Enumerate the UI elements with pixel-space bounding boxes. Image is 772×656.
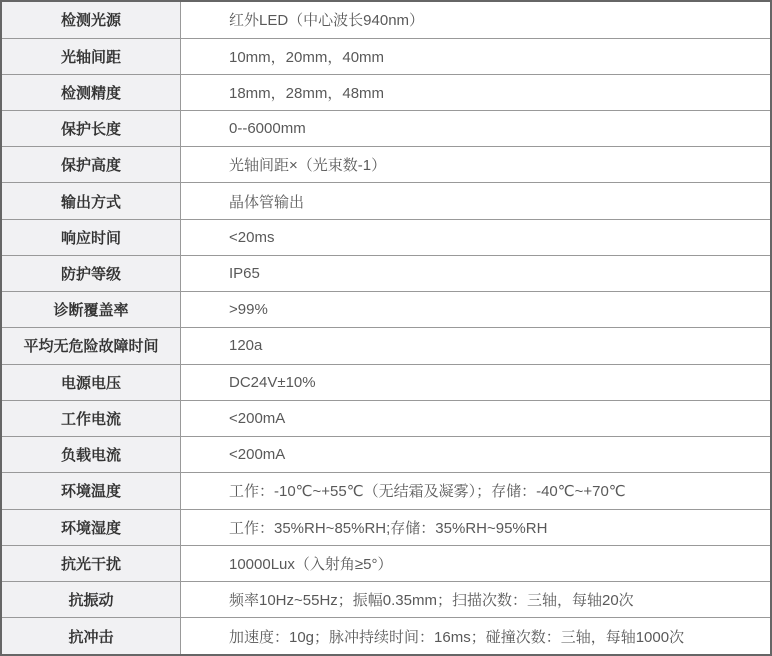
spec-label: 抗振动	[1, 582, 181, 618]
spec-label: 工作电流	[1, 400, 181, 436]
table-row: 环境湿度 工作：35%RH~85%RH;存储：35%RH~95%RH	[1, 509, 771, 545]
spec-label: 光轴间距	[1, 38, 181, 74]
spec-value: 10000Lux（入射角≥5°）	[181, 545, 772, 581]
table-row: 保护高度 光轴间距×（光束数-1）	[1, 147, 771, 183]
table-row: 抗振动 频率10Hz~55Hz；振幅0.35mm；扫描次数：三轴，每轴20次	[1, 582, 771, 618]
spec-label: 平均无危险故障时间	[1, 328, 181, 364]
table-row: 平均无危险故障时间 120a	[1, 328, 771, 364]
table-row: 光轴间距 10mm，20mm，40mm	[1, 38, 771, 74]
spec-value: <20ms	[181, 219, 772, 255]
spec-value: 120a	[181, 328, 772, 364]
spec-value: 10mm，20mm，40mm	[181, 38, 772, 74]
spec-value: 加速度：10g；脉冲持续时间：16ms；碰撞次数：三轴，每轴1000次	[181, 618, 772, 655]
spec-value: 红外LED（中心波长940nm）	[181, 1, 772, 38]
spec-label: 电源电压	[1, 364, 181, 400]
spec-label: 抗光干扰	[1, 545, 181, 581]
spec-label: 防护等级	[1, 255, 181, 291]
spec-label: 环境温度	[1, 473, 181, 509]
table-row: 抗光干扰 10000Lux（入射角≥5°）	[1, 545, 771, 581]
spec-label: 保护长度	[1, 110, 181, 146]
spec-label: 检测光源	[1, 1, 181, 38]
table-row: 工作电流 <200mA	[1, 400, 771, 436]
table-row: 检测精度 18mm，28mm，48mm	[1, 74, 771, 110]
table-row: 诊断覆盖率 >99%	[1, 292, 771, 328]
table-row: 环境温度 工作：-10℃~+55℃（无结霜及凝雾）；存储：-40℃~+70℃	[1, 473, 771, 509]
spec-value: 工作：35%RH~85%RH;存储：35%RH~95%RH	[181, 509, 772, 545]
spec-value: IP65	[181, 255, 772, 291]
table-row: 响应时间 <20ms	[1, 219, 771, 255]
spec-label: 负载电流	[1, 437, 181, 473]
table-row: 检测光源 红外LED（中心波长940nm）	[1, 1, 771, 38]
spec-label: 诊断覆盖率	[1, 292, 181, 328]
spec-value: DC24V±10%	[181, 364, 772, 400]
spec-label: 输出方式	[1, 183, 181, 219]
spec-value: <200mA	[181, 400, 772, 436]
table-row: 负载电流 <200mA	[1, 437, 771, 473]
table-row: 防护等级 IP65	[1, 255, 771, 291]
spec-value: <200mA	[181, 437, 772, 473]
spec-label: 响应时间	[1, 219, 181, 255]
spec-value: 工作：-10℃~+55℃（无结霜及凝雾）；存储：-40℃~+70℃	[181, 473, 772, 509]
table-row: 保护长度 0--6000mm	[1, 110, 771, 146]
table-row: 电源电压 DC24V±10%	[1, 364, 771, 400]
spec-value: 晶体管输出	[181, 183, 772, 219]
spec-value: 18mm，28mm，48mm	[181, 74, 772, 110]
spec-label: 保护高度	[1, 147, 181, 183]
spec-table-body: 检测光源 红外LED（中心波长940nm） 光轴间距 10mm，20mm，40m…	[1, 1, 771, 655]
spec-value: 光轴间距×（光束数-1）	[181, 147, 772, 183]
spec-label: 环境湿度	[1, 509, 181, 545]
spec-label: 检测精度	[1, 74, 181, 110]
spec-value: 频率10Hz~55Hz；振幅0.35mm；扫描次数：三轴，每轴20次	[181, 582, 772, 618]
table-row: 抗冲击 加速度：10g；脉冲持续时间：16ms；碰撞次数：三轴，每轴1000次	[1, 618, 771, 655]
spec-value: >99%	[181, 292, 772, 328]
spec-value: 0--6000mm	[181, 110, 772, 146]
spec-table: 检测光源 红外LED（中心波长940nm） 光轴间距 10mm，20mm，40m…	[0, 0, 772, 656]
spec-label: 抗冲击	[1, 618, 181, 655]
table-row: 输出方式 晶体管输出	[1, 183, 771, 219]
